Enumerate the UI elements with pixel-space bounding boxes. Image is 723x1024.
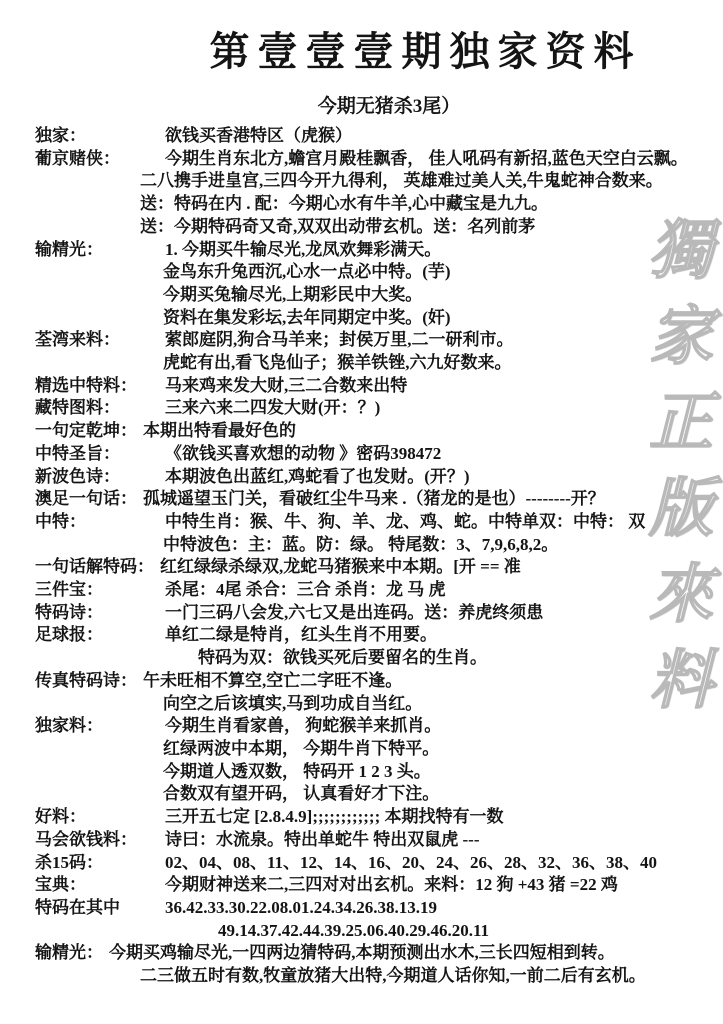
row-label: 中特： <box>35 511 165 534</box>
row-text: 今期道人透双数， 特码开 1 2 3 头。 <box>163 762 431 781</box>
text-row: 虎蛇有出,看飞凫仙子；猴羊铁锉,六九好数来。 <box>35 352 723 375</box>
document-page: 獨家正版來料 第壹壹壹期独家资料 今期无猪杀3尾） 独家：欲钱买香港特区（虎猴）… <box>0 0 723 1024</box>
row-label: 精选中特料： <box>35 375 165 398</box>
row-text: 今期生肖看家兽， 狗蛇猴羊来抓肖。 <box>165 716 441 735</box>
row-text: 二三做五时有数,牧童放猪大出特,今期道人话你知,一前二后有玄机。 <box>140 966 646 985</box>
row-label: 宝典： <box>35 874 165 897</box>
text-row: 输精光：今期买鸡输尽光,一四两边猜特码,本期预测出水木,三长四短相到转。 <box>35 942 723 965</box>
row-text: 《欲钱买喜欢想的动物 》密码398472 <box>165 444 441 463</box>
row-text: 本期出特看最好色的 <box>143 421 296 440</box>
text-row: 送：特码在内 . 配：今期心水有牛羊,心中藏宝是九九。 <box>35 193 723 216</box>
text-row: 特码在其中36.42.33.30.22.08.01.24.34.26.38.13… <box>35 897 723 920</box>
row-text: 送：特码在内 . 配：今期心水有牛羊,心中藏宝是九九。 <box>140 194 548 213</box>
text-row: 49.14.37.42.44.39.25.06.40.29.46.20.11 <box>35 920 723 943</box>
row-text: 三来六来二四发大财(开：？) <box>165 398 380 417</box>
row-text: 欲钱买香港特区（虎猴） <box>165 126 352 145</box>
row-label: 好料： <box>35 806 165 829</box>
text-row: 三件宝：杀尾：4尾 杀合：三合 杀肖：龙 马 虎 <box>35 579 723 602</box>
row-text: 36.42.33.30.22.08.01.24.34.26.38.13.19 <box>165 898 437 917</box>
row-text: 杀尾：4尾 杀合：三合 杀肖：龙 马 虎 <box>165 580 446 599</box>
text-row: 新波色诗：本期波色出蓝红,鸡蛇看了也发财。(开？) <box>35 466 723 489</box>
text-row: 中特波色：主：蓝。防：绿。 特尾数：3、7,9,6,8,2。 <box>35 534 723 557</box>
row-label: 荃湾来料： <box>35 329 165 352</box>
row-text: 红红绿绿杀绿双,龙蛇马猪猴来中本期。[开 == 准 <box>160 557 521 576</box>
row-label: 一句定乾坤： <box>35 420 137 443</box>
row-text: 萦郎庭阴,狗合马羊来；封侯万里,二一研利市。 <box>165 330 514 349</box>
text-row: 精选中特料：马来鸡来发大财,三二合数来出特 <box>35 375 723 398</box>
text-row: 传真特码诗：午未旺相不算空,空亡二字旺不逢。 <box>35 670 723 693</box>
row-text: 02、04、08、11、12、14、16、20、24、26、28、32、36、3… <box>165 853 657 872</box>
row-text: 今期买兔输尽光,上期彩民中大奖。 <box>163 285 422 304</box>
document-content: 第壹壹壹期独家资料 今期无猪杀3尾） 独家：欲钱买香港特区（虎猴）葡京赌侠：今期… <box>0 20 723 988</box>
row-text: 49.14.37.42.44.39.25.06.40.29.46.20.11 <box>218 921 489 940</box>
text-row: 一句定乾坤：本期出特看最好色的 <box>35 420 723 443</box>
row-text: 今期财神送来二,三四对对出玄机。来料：12 狗 +43 猪 =22 鸡 <box>165 875 618 894</box>
text-row: 资料在集发彩坛,去年同期定中奖。(奸) <box>35 307 723 330</box>
row-label: 新波色诗： <box>35 466 165 489</box>
row-label: 独家料： <box>35 715 165 738</box>
text-row: 今期道人透双数， 特码开 1 2 3 头。 <box>35 761 723 784</box>
text-row: 杀15码：02、04、08、11、12、14、16、20、24、26、28、32… <box>35 852 723 875</box>
row-label: 马会欲钱料： <box>35 829 165 852</box>
row-text: 马来鸡来发大财,三二合数来出特 <box>165 376 407 395</box>
row-text: 孤城遥望玉门关，看破红尘牛马来 .（猪龙的是也）--------开？ <box>143 489 605 508</box>
row-text: 本期波色出蓝红,鸡蛇看了也发财。(开？) <box>165 467 470 486</box>
text-row: 送：今期特码奇又奇,双双出动带玄机。送：名列前茅 <box>35 216 723 239</box>
row-text: 资料在集发彩坛,去年同期定中奖。(奸) <box>163 308 451 327</box>
row-text: 合数双有望开码， 认真看好才下注。 <box>163 784 439 803</box>
row-text: 1. 今期买牛输尽光,龙凤欢舞彩满天。 <box>165 240 441 259</box>
text-row: 合数双有望开码， 认真看好才下注。 <box>35 783 723 806</box>
row-label: 输精光： <box>35 942 103 965</box>
row-text: 今期买鸡输尽光,一四两边猜特码,本期预测出水木,三长四短相到转。 <box>109 943 615 962</box>
row-text: 红绿两波中本期， 今期牛肖下特平。 <box>163 739 439 758</box>
page-subtitle: 今期无猪杀3尾） <box>0 91 723 118</box>
row-text: 金鸟东升兔西沉,心水一点必中特。(芋) <box>163 262 451 281</box>
row-label: 足球报： <box>35 624 165 647</box>
text-row: 中特圣旨：《欲钱买喜欢想的动物 》密码398472 <box>35 443 723 466</box>
row-text: 三开五七定 [2.8.4.9];;;;;;;;;;;; 本期找特有一数 <box>165 807 504 826</box>
row-label: 葡京赌侠： <box>35 148 165 171</box>
text-row: 荃湾来料：萦郎庭阴,狗合马羊来；封侯万里,二一研利市。 <box>35 329 723 352</box>
text-row: 今期买兔输尽光,上期彩民中大奖。 <box>35 284 723 307</box>
row-label: 输精光： <box>35 239 165 262</box>
row-label: 藏特图料： <box>35 397 165 420</box>
row-text: 中特生肖：猴、牛、狗、羊、龙、鸡、蛇。中特单双：中特： 双 <box>165 512 645 531</box>
row-text: 午未旺相不算空,空亡二字旺不逢。 <box>143 671 402 690</box>
text-row: 葡京赌侠：今期生肖东北方,蟾宫月殿桂飘香， 佳人吼码有新招,蓝色天空白云飘。 <box>35 148 723 171</box>
text-row: 向空之后该填实,马到功成自当红。 <box>35 693 723 716</box>
row-text: 今期生肖东北方,蟾宫月殿桂飘香， 佳人吼码有新招,蓝色天空白云飘。 <box>165 149 688 168</box>
page-title: 第壹壹壹期独家资料 <box>0 20 723 77</box>
row-label: 中特圣旨： <box>35 443 165 466</box>
text-row: 输精光：1. 今期买牛输尽光,龙凤欢舞彩满天。 <box>35 239 723 262</box>
row-text: 一门三码八会发,六七又是出连码。送：养虎终须患 <box>165 603 543 622</box>
text-row: 独家：欲钱买香港特区（虎猴） <box>35 125 723 148</box>
text-row: 藏特图料：三来六来二四发大财(开：？) <box>35 397 723 420</box>
row-text: 诗曰：水流泉。特出单蛇牛 特出双鼠虎 --- <box>165 830 479 849</box>
row-label: 特码诗： <box>35 602 165 625</box>
row-text: 特码为双：欲钱买死后要留名的生肖。 <box>198 648 487 667</box>
row-text: 单红二绿是特肖，红头生肖不用要。 <box>165 625 437 644</box>
row-label: 传真特码诗： <box>35 670 137 693</box>
row-text: 中特波色：主：蓝。防：绿。 特尾数：3、7,9,6,8,2。 <box>163 535 558 554</box>
text-row: 特码诗：一门三码八会发,六七又是出连码。送：养虎终须患 <box>35 602 723 625</box>
row-label: 独家： <box>35 125 165 148</box>
text-row: 马会欲钱料：诗曰：水流泉。特出单蛇牛 特出双鼠虎 --- <box>35 829 723 852</box>
text-row: 宝典：今期财神送来二,三四对对出玄机。来料：12 狗 +43 猪 =22 鸡 <box>35 874 723 897</box>
text-row: 二三做五时有数,牧童放猪大出特,今期道人话你知,一前二后有玄机。 <box>35 965 723 988</box>
text-row: 中特：中特生肖：猴、牛、狗、羊、龙、鸡、蛇。中特单双：中特： 双 <box>35 511 723 534</box>
row-text: 送：今期特码奇又奇,双双出动带玄机。送：名列前茅 <box>140 217 535 236</box>
row-label: 一句话解特码： <box>35 556 154 579</box>
row-text: 向空之后该填实,马到功成自当红。 <box>163 694 422 713</box>
text-row: 独家料：今期生肖看家兽， 狗蛇猴羊来抓肖。 <box>35 715 723 738</box>
row-label: 特码在其中 <box>35 897 165 920</box>
text-row: 足球报：单红二绿是特肖，红头生肖不用要。 <box>35 624 723 647</box>
content-rows: 独家：欲钱买香港特区（虎猴）葡京赌侠：今期生肖东北方,蟾宫月殿桂飘香， 佳人吼码… <box>0 125 723 988</box>
row-text: 二八携手进皇宫,三四今开九得利， 英雄难过美人关,牛鬼蛇神合数来。 <box>140 171 663 190</box>
text-row: 特码为双：欲钱买死后要留名的生肖。 <box>35 647 723 670</box>
row-label: 三件宝： <box>35 579 165 602</box>
text-row: 二八携手进皇宫,三四今开九得利， 英雄难过美人关,牛鬼蛇神合数来。 <box>35 170 723 193</box>
row-label: 澳足一句话： <box>35 488 137 511</box>
text-row: 好料：三开五七定 [2.8.4.9];;;;;;;;;;;; 本期找特有一数 <box>35 806 723 829</box>
row-label: 杀15码： <box>35 852 165 875</box>
row-text: 虎蛇有出,看飞凫仙子；猴羊铁锉,六九好数来。 <box>163 353 512 372</box>
text-row: 红绿两波中本期， 今期牛肖下特平。 <box>35 738 723 761</box>
text-row: 一句话解特码：红红绿绿杀绿双,龙蛇马猪猴来中本期。[开 == 准 <box>35 556 723 579</box>
text-row: 金鸟东升兔西沉,心水一点必中特。(芋) <box>35 261 723 284</box>
text-row: 澳足一句话：孤城遥望玉门关，看破红尘牛马来 .（猪龙的是也）--------开？ <box>35 488 723 511</box>
